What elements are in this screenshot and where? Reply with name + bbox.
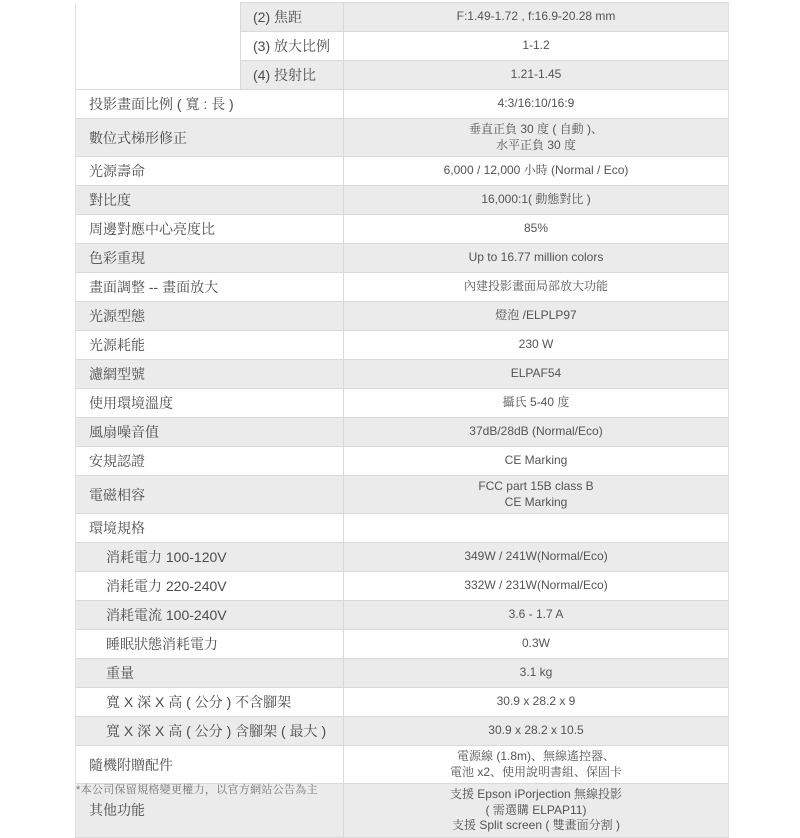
spec-section-label-cell: 環境規格 bbox=[76, 514, 344, 543]
value-line: 332W / 231W(Normal/Eco) bbox=[352, 578, 720, 594]
value-line: 3.6 - 1.7 A bbox=[352, 607, 720, 623]
spec-value-cell bbox=[344, 514, 729, 543]
lens-spec-rowspan-cell bbox=[76, 3, 241, 90]
spec-label-cell: 消耗電力 220-240V bbox=[76, 572, 344, 601]
spec-value-cell: 30.9 x 28.2 x 10.5 bbox=[344, 717, 729, 746]
table-row: 使用環境溫度攝氏 5-40 度 bbox=[76, 389, 729, 418]
spec-label-cell: 色彩重現 bbox=[76, 244, 344, 273]
table-row: 周邊對應中心亮度比85% bbox=[76, 215, 729, 244]
spec-table-container: (2) 焦距F:1.49-1.72 , f:16.9-20.28 mm(3) 放… bbox=[75, 2, 728, 800]
spec-value-cell: 0.3W bbox=[344, 630, 729, 659]
spec-value-cell: 內建投影畫面局部放大功能 bbox=[344, 273, 729, 302]
spec-table: (2) 焦距F:1.49-1.72 , f:16.9-20.28 mm(3) 放… bbox=[75, 2, 729, 800]
value-line: 85% bbox=[352, 221, 720, 237]
spec-label-cell: 寬 X 深 X 高 ( 公分 ) 不含腳架 bbox=[76, 688, 344, 717]
value-line: 3.1 kg bbox=[352, 665, 720, 681]
spec-label-cell: 風扇噪音值 bbox=[76, 418, 344, 447]
spec-value-cell: 燈泡 /ELPLP97 bbox=[344, 302, 729, 331]
value-line: 水平正負 30 度 bbox=[352, 138, 720, 154]
table-row: 光源壽命6,000 / 12,000 小時 (Normal / Eco) bbox=[76, 157, 729, 186]
value-line: 230 W bbox=[352, 337, 720, 353]
spec-value-cell: 3.6 - 1.7 A bbox=[344, 601, 729, 630]
spec-value-cell: F:1.49-1.72 , f:16.9-20.28 mm bbox=[344, 3, 729, 32]
spec-label-cell: 光源耗能 bbox=[76, 331, 344, 360]
table-row: 安規認證CE Marking bbox=[76, 447, 729, 476]
value-line: 1.21-1.45 bbox=[352, 67, 720, 83]
spec-value-cell: 16,000:1( 動態對比 ) bbox=[344, 186, 729, 215]
spec-label-cell: 周邊對應中心亮度比 bbox=[76, 215, 344, 244]
spec-table-body: (2) 焦距F:1.49-1.72 , f:16.9-20.28 mm(3) 放… bbox=[76, 3, 729, 801]
table-row: 寬 X 深 X 高 ( 公分 ) 含腳架 ( 最大 )30.9 x 28.2 x… bbox=[76, 717, 729, 746]
table-row: 消耗電力 100-120V349W / 241W(Normal/Eco) bbox=[76, 543, 729, 572]
value-line: F:1.49-1.72 , f:16.9-20.28 mm bbox=[352, 9, 720, 25]
spec-value-cell: 垂直正負 30 度 ( 自動 )、水平正負 30 度 bbox=[344, 119, 729, 157]
spec-label-cell: 隨機附贈配件 bbox=[76, 746, 344, 784]
table-row: 光源耗能230 W bbox=[76, 331, 729, 360]
spec-value-cell: Up to 16.77 million colors bbox=[344, 244, 729, 273]
table-row: 消耗電流 100-240V3.6 - 1.7 A bbox=[76, 601, 729, 630]
value-line: 6,000 / 12,000 小時 (Normal / Eco) bbox=[352, 163, 720, 179]
table-row: 電磁相容FCC part 15B class BCE Marking bbox=[76, 476, 729, 514]
spec-value-cell: 37dB/28dB (Normal/Eco) bbox=[344, 418, 729, 447]
table-row: 數位式梯形修正垂直正負 30 度 ( 自動 )、水平正負 30 度 bbox=[76, 119, 729, 157]
value-line: 攝氏 5-40 度 bbox=[352, 395, 720, 411]
spec-sublabel-cell: (3) 放大比例 bbox=[241, 32, 344, 61]
spec-value-cell: 支援 Epson iPorjection 無線投影( 需選購 ELPAP11)支… bbox=[344, 784, 729, 801]
spec-label-cell: 對比度 bbox=[76, 186, 344, 215]
spec-value-cell: 攝氏 5-40 度 bbox=[344, 389, 729, 418]
spec-label-cell: 重量 bbox=[76, 659, 344, 688]
value-line: 支援 Epson iPorjection 無線投影 bbox=[352, 787, 720, 800]
spec-value-cell: 349W / 241W(Normal/Eco) bbox=[344, 543, 729, 572]
spec-label-cell: 光源壽命 bbox=[76, 157, 344, 186]
value-line: CE Marking bbox=[352, 453, 720, 469]
value-line: FCC part 15B class B bbox=[352, 479, 720, 495]
spec-value-cell: 電源線 (1.8m)、無線遙控器、電池 x2、使用說明書組、保固卡 bbox=[344, 746, 729, 784]
spec-label-cell: 光源型態 bbox=[76, 302, 344, 331]
table-row: 投影畫面比例 ( 寬 : 長 )4:3/16:10/16:9 bbox=[76, 90, 729, 119]
spec-label-cell: 安規認證 bbox=[76, 447, 344, 476]
spec-value-cell: FCC part 15B class BCE Marking bbox=[344, 476, 729, 514]
table-row: 對比度16,000:1( 動態對比 ) bbox=[76, 186, 729, 215]
spec-value-cell: 6,000 / 12,000 小時 (Normal / Eco) bbox=[344, 157, 729, 186]
spec-value-cell: 1-1.2 bbox=[344, 32, 729, 61]
value-line: 30.9 x 28.2 x 10.5 bbox=[352, 723, 720, 739]
spec-sublabel-cell: (2) 焦距 bbox=[241, 3, 344, 32]
spec-label-cell: 電磁相容 bbox=[76, 476, 344, 514]
spec-value-cell: 85% bbox=[344, 215, 729, 244]
spec-sublabel-cell: (4) 投射比 bbox=[241, 61, 344, 90]
value-line: 垂直正負 30 度 ( 自動 )、 bbox=[352, 122, 720, 138]
spec-label-cell: 寬 X 深 X 高 ( 公分 ) 含腳架 ( 最大 ) bbox=[76, 717, 344, 746]
table-row: (2) 焦距F:1.49-1.72 , f:16.9-20.28 mm bbox=[76, 3, 729, 32]
table-row: 重量3.1 kg bbox=[76, 659, 729, 688]
spec-value-cell: 1.21-1.45 bbox=[344, 61, 729, 90]
value-line: 電池 x2、使用說明書組、保固卡 bbox=[352, 765, 720, 781]
spec-value-cell: CE Marking bbox=[344, 447, 729, 476]
spec-label-cell: 濾網型號 bbox=[76, 360, 344, 389]
value-line: 1-1.2 bbox=[352, 38, 720, 54]
table-row: 濾網型號ELPAF54 bbox=[76, 360, 729, 389]
table-row: 光源型態燈泡 /ELPLP97 bbox=[76, 302, 729, 331]
spec-value-cell: 4:3/16:10/16:9 bbox=[344, 90, 729, 119]
spec-label-cell: 數位式梯形修正 bbox=[76, 119, 344, 157]
spec-label-cell: 消耗電力 100-120V bbox=[76, 543, 344, 572]
value-line: 燈泡 /ELPLP97 bbox=[352, 308, 720, 324]
value-line: 0.3W bbox=[352, 636, 720, 652]
spec-label-cell: 使用環境溫度 bbox=[76, 389, 344, 418]
spec-value-cell: 3.1 kg bbox=[344, 659, 729, 688]
spec-label-cell: 消耗電流 100-240V bbox=[76, 601, 344, 630]
spec-value-cell: 332W / 231W(Normal/Eco) bbox=[344, 572, 729, 601]
spec-label-cell: 畫面調整 -- 畫面放大 bbox=[76, 273, 344, 302]
table-row: 環境規格 bbox=[76, 514, 729, 543]
value-line: CE Marking bbox=[352, 495, 720, 511]
value-line: 4:3/16:10/16:9 bbox=[352, 96, 720, 112]
table-row: 色彩重現Up to 16.77 million colors bbox=[76, 244, 729, 273]
table-row: 風扇噪音值37dB/28dB (Normal/Eco) bbox=[76, 418, 729, 447]
table-row: 寬 X 深 X 高 ( 公分 ) 不含腳架30.9 x 28.2 x 9 bbox=[76, 688, 729, 717]
spec-label-cell: 睡眠狀態消耗電力 bbox=[76, 630, 344, 659]
value-line: Up to 16.77 million colors bbox=[352, 250, 720, 266]
value-line: 16,000:1( 動態對比 ) bbox=[352, 192, 720, 208]
spec-label-cell: 投影畫面比例 ( 寬 : 長 ) bbox=[76, 90, 344, 119]
value-line: 37dB/28dB (Normal/Eco) bbox=[352, 424, 720, 440]
table-row: 隨機附贈配件電源線 (1.8m)、無線遙控器、電池 x2、使用說明書組、保固卡 bbox=[76, 746, 729, 784]
disclaimer-footnote: *本公司保留規格變更權力，以官方網站公告為主 bbox=[76, 781, 318, 797]
table-row: 畫面調整 -- 畫面放大內建投影畫面局部放大功能 bbox=[76, 273, 729, 302]
table-row: 睡眠狀態消耗電力0.3W bbox=[76, 630, 729, 659]
value-line: 30.9 x 28.2 x 9 bbox=[352, 694, 720, 710]
value-line: 內建投影畫面局部放大功能 bbox=[352, 279, 720, 295]
spec-value-cell: ELPAF54 bbox=[344, 360, 729, 389]
table-row: 消耗電力 220-240V332W / 231W(Normal/Eco) bbox=[76, 572, 729, 601]
value-line: 349W / 241W(Normal/Eco) bbox=[352, 549, 720, 565]
value-line: 電源線 (1.8m)、無線遙控器、 bbox=[352, 749, 720, 765]
value-line: ELPAF54 bbox=[352, 366, 720, 382]
spec-value-cell: 30.9 x 28.2 x 9 bbox=[344, 688, 729, 717]
spec-value-cell: 230 W bbox=[344, 331, 729, 360]
